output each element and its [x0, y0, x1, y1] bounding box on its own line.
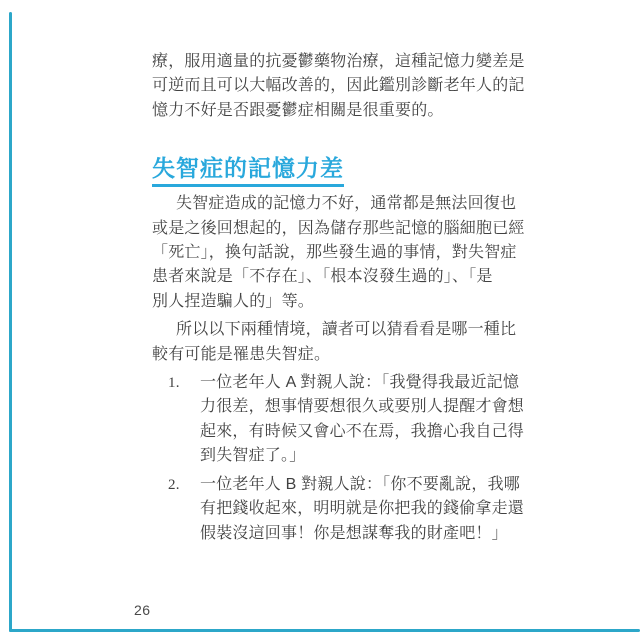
intro-paragraph: 療，服用適量的抗憂鬱藥物治療，這種記憶力變差是 可逆而且可以大幅改善的，因此鑑別…: [152, 50, 534, 123]
scenario-list: 1. 一位老年人 A 對親人說：「我覺得我最近記憶 力很差，想事情要想很久或要別…: [168, 371, 534, 546]
list-item-text: 一位老年人 A 對親人說：「我覺得我最近記憶 力很差，想事情要想很久或要別人提醒…: [200, 371, 534, 469]
list-item: 2. 一位老年人 B 對親人說：「你不要亂說，我哪 有把錢收起來，明明就是你把我…: [168, 473, 534, 546]
list-item-text: 一位老年人 B 對親人說：「你不要亂說，我哪 有把錢收起來，明明就是你把我的錢偷…: [200, 473, 534, 546]
page-edge-bottom-rule: [9, 629, 640, 632]
list-item-number: 1.: [168, 371, 200, 395]
list-item-number: 2.: [168, 473, 200, 497]
section-heading: 失智症的記憶力差: [152, 155, 344, 187]
scenarios-paragraph: 所以以下兩種情境，讀者可以猜看看是哪一種比 較有可能是罹患失智症。: [152, 318, 534, 367]
page-number: 26: [134, 602, 151, 618]
page-text-column: 療，服用適量的抗憂鬱藥物治療，這種記憶力變差是 可逆而且可以大幅改善的，因此鑑別…: [152, 50, 534, 546]
page-edge-left-rule: [9, 12, 12, 632]
list-item: 1. 一位老年人 A 對親人說：「我覺得我最近記憶 力很差，想事情要想很久或要別…: [168, 371, 534, 469]
dementia-paragraph: 失智症造成的記憶力不好，通常都是無法回復也 或是之後回想起的，因為儲存那些記憶的…: [152, 192, 534, 314]
